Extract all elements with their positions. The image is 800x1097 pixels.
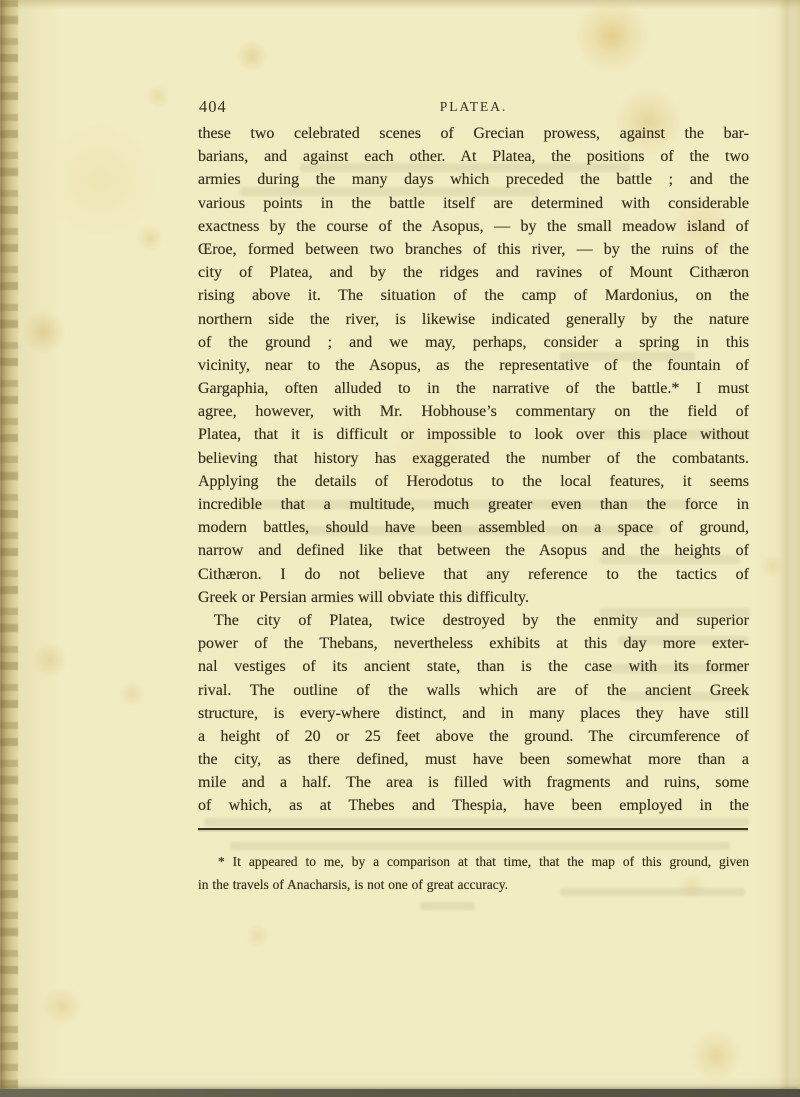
text-line: The city of Platea, twice destroyed by t…	[198, 609, 749, 632]
text-line: Œroe, formed between two branches of thi…	[198, 238, 749, 261]
text-line: Applying the details of Herodotus to the…	[198, 470, 749, 493]
text-line: of which, as at Thebes and Thespia, have…	[198, 794, 749, 817]
text-line: barians, and against each other. At Plat…	[198, 145, 749, 168]
text-line: various points in the battle itself are …	[198, 192, 749, 215]
text-line: nal vestiges of its ancient state, than …	[198, 655, 749, 678]
text-line: power of the Thebans, nevertheless exhib…	[198, 632, 749, 655]
text-line: vicinity, near to the Asopus, as the rep…	[198, 354, 749, 377]
text-line: Cithæron. I do not believe that any refe…	[198, 563, 749, 586]
text-line: * It appeared to me, by a comparison at …	[198, 851, 749, 874]
torn-gutter-edge	[0, 0, 18, 1097]
text-line: rising above it. The situation of the ca…	[198, 284, 749, 307]
text-line: narrow and defined like that between the…	[198, 539, 749, 562]
bleed-through-texture	[230, 842, 730, 850]
text-line: armies during the many days which preced…	[198, 168, 749, 191]
footnote-rule	[198, 828, 748, 830]
text-line: of the ground ; and we may, perhaps, con…	[198, 331, 749, 354]
text-line: a height of 20 or 25 feet above the grou…	[198, 725, 749, 748]
footnote: * It appeared to me, by a comparison at …	[198, 851, 749, 896]
text-line: in the travels of Anacharsis, is not one…	[198, 874, 749, 897]
text-line: the city, as there defined, must have be…	[198, 748, 749, 771]
text-line: Gargaphia, often alluded to in the narra…	[198, 377, 749, 400]
text-line: these two celebrated scenes of Grecian p…	[198, 122, 749, 145]
text-line: rival. The outline of the walls which ar…	[198, 679, 749, 702]
text-line: mile and a half. The area is filled with…	[198, 771, 749, 794]
running-header: PLATEA.	[198, 99, 749, 115]
text-line: incredible that a multitude, much greate…	[198, 493, 749, 516]
bleed-through-texture	[204, 818, 749, 826]
scan-bottom-edge	[0, 1089, 800, 1097]
text-line: Greek or Persian armies will obviate thi…	[198, 586, 749, 609]
bleed-through-texture	[420, 902, 475, 910]
paragraph-1: these two celebrated scenes of Grecian p…	[198, 122, 749, 609]
text-line: exactness by the course of the Asopus, —…	[198, 215, 749, 238]
text-line: Platea, that it is difficult or impossib…	[198, 423, 749, 446]
book-page: 404 PLATEA. these two celebrated scenes …	[0, 0, 800, 1097]
text-line: structure, is every-where distinct, and …	[198, 702, 749, 725]
body-text: these two celebrated scenes of Grecian p…	[198, 122, 749, 818]
text-line: agree, however, with Mr. Hobhouse’s comm…	[198, 400, 749, 423]
text-line: believing that history has exaggerated t…	[198, 447, 749, 470]
paragraph-2: The city of Platea, twice destroyed by t…	[198, 609, 749, 818]
text-line: northern side the river, is likewise ind…	[198, 308, 749, 331]
text-line: modern battles, should have been assembl…	[198, 516, 749, 539]
text-line: city of Platea, and by the ridges and ra…	[198, 261, 749, 284]
